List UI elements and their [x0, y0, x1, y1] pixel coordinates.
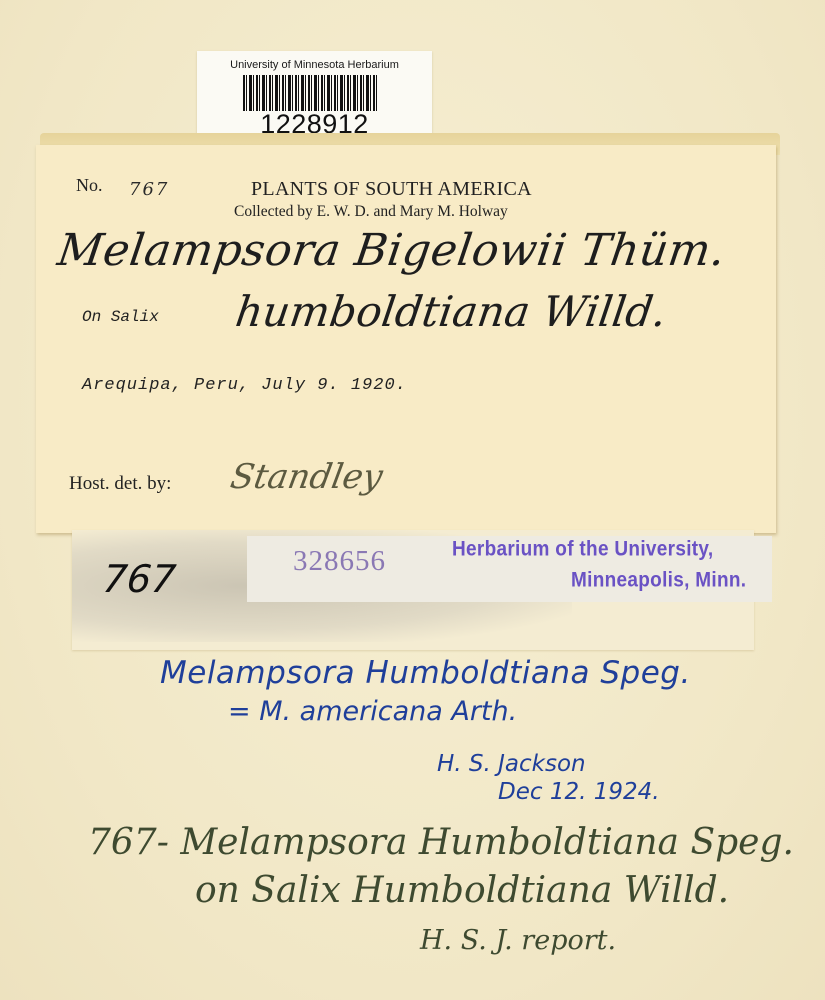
locality-date: Arequipa, Peru, July 9. 1920.	[82, 376, 407, 395]
label-number-prefix: No.	[76, 175, 103, 196]
host-det-label: Host. det. by:	[69, 473, 171, 495]
barcode-institution: University of Minnesota Herbarium	[197, 59, 432, 71]
stamp-herbarium-line1: Herbarium of the University,	[452, 538, 713, 562]
barcode-label: University of Minnesota Herbarium 122891…	[197, 51, 432, 140]
annotation-date: Dec 12. 1924.	[498, 779, 660, 805]
host-prefix: On Salix	[82, 308, 159, 326]
annotation-green-line2: on Salix Humboldtiana Willd.	[195, 870, 729, 911]
annotation-green-line3: H. S. J. report.	[420, 925, 616, 956]
host-det-value: Standley	[227, 457, 385, 497]
label-collectors: Collected by E. W. D. and Mary M. Holway	[234, 203, 508, 221]
specimen-label: No. 767 PLANTS OF SOUTH AMERICA Collecte…	[36, 145, 776, 533]
annotation-blue-line1: Melampsora Humboldtiana Speg.	[160, 655, 691, 691]
barcode-icon	[243, 75, 378, 111]
packet-number: 767	[101, 557, 178, 601]
annotation-green-line1: 767- Melampsora Humboldtiana Speg.	[88, 822, 794, 863]
annotation-blue-line2: = M. americana Arth.	[228, 696, 517, 727]
stamp-herbarium-line2: Minneapolis, Minn.	[571, 569, 746, 593]
label-number-value: 767	[129, 179, 169, 200]
label-title: PLANTS OF SOUTH AMERICA	[251, 178, 532, 201]
host-handwritten: humboldtiana Willd.	[233, 287, 670, 336]
species-handwritten: Melampsora Bigelowii Thüm.	[54, 225, 728, 276]
annotation-determiner: H. S. Jackson	[437, 751, 586, 777]
stamp-accession-number: 328656	[293, 545, 386, 578]
